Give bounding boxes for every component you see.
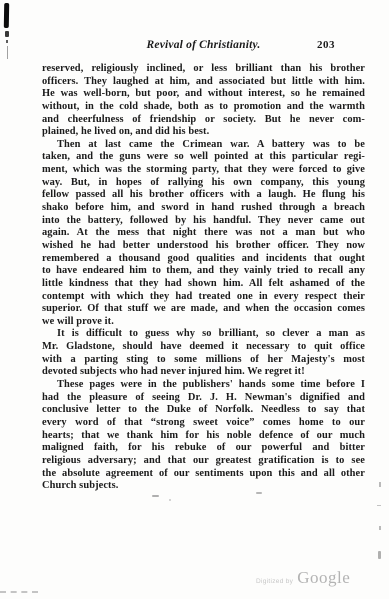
scan-smudge (256, 492, 262, 494)
text-line: He was well-born, but poor, and without … (42, 88, 365, 101)
text-line: shako before him, and sword in hand rush… (42, 202, 365, 215)
text-line: plained, he lived on, and did his best. (42, 126, 365, 139)
binding-mark (7, 46, 8, 59)
text-line: officers. They laughed at him, and assoc… (42, 76, 365, 89)
text-line: Church subjects. (42, 480, 365, 493)
text-line: hearts; that we thank him for his noble … (42, 430, 365, 443)
digitized-by-label: Digitized by (256, 578, 293, 585)
text-line: the absolute agreement of our sentiments… (42, 468, 365, 481)
text-line: had the pleasure of seeing Dr. J. H. New… (42, 392, 365, 405)
google-logo: Google (297, 568, 350, 588)
digitization-watermark: Digitized by Google (256, 568, 350, 588)
text-line: superior. Of that stuff we are made, and… (42, 303, 365, 316)
text-line: and cheerfulness of friendship or societ… (42, 114, 365, 127)
text-line: It is difficult to guess why so brillian… (42, 328, 365, 341)
text-line: contempt with which they had treated one… (42, 291, 365, 304)
text-line: little kindness that they had shown him.… (42, 278, 365, 291)
scan-smudge (378, 551, 381, 559)
scan-smudge (152, 495, 159, 497)
text-line: wished he had better understood his brot… (42, 240, 365, 253)
text-line: ment, which was the storming party, that… (42, 164, 365, 177)
text-line: Then at last came the Crimean war. A bat… (42, 139, 365, 152)
text-line: way. But, in hopes of rallying his own c… (42, 177, 365, 190)
text-line: into the battery, followed by his handfu… (42, 215, 365, 228)
text-line: These pages were in the publishers' hand… (42, 379, 365, 392)
scan-smudge (169, 499, 171, 501)
text-line: devoted subjects who had never injured h… (42, 366, 365, 379)
text-line: again. At the mess that night there was … (42, 227, 365, 240)
text-line: without, in the cold shade, both as to p… (42, 101, 365, 114)
scan-smudge (379, 482, 381, 487)
text-line: Mr. Gladstone, should have deemed it nec… (42, 341, 365, 354)
scan-smudge (379, 526, 381, 530)
text-line: to have endeared him to them, and they v… (42, 265, 365, 278)
scan-smudge (0, 591, 38, 593)
binding-mark (5, 31, 9, 37)
text-line: taken, and the guns were so well pointed… (42, 151, 365, 164)
text-line: we will prove it. (42, 316, 365, 329)
text-line: maligned faith, for his rebuke of our po… (42, 442, 365, 455)
text-line: reserved, religiously inclined, or less … (42, 63, 365, 76)
text-line: religious adversary; and that our greate… (42, 455, 365, 468)
binding-mark (6, 40, 8, 43)
text-line: every word of that “strong sweet voice” … (42, 417, 365, 430)
text-line: fellow passed all his brother officers w… (42, 189, 365, 202)
text-line: conclusive letter to the Duke of Norfolk… (42, 404, 365, 417)
body-text: reserved, religiously inclined, or less … (42, 63, 365, 493)
text-line: remembered a thousand good qualities and… (42, 253, 365, 266)
scan-smudge (377, 505, 381, 506)
binding-mark (4, 3, 9, 28)
page-number: 203 (317, 39, 335, 51)
text-line: with a parting sting to some millions of… (42, 354, 365, 367)
scanned-book-page: Revival of Christianity. 203 reserved, r… (0, 0, 389, 599)
